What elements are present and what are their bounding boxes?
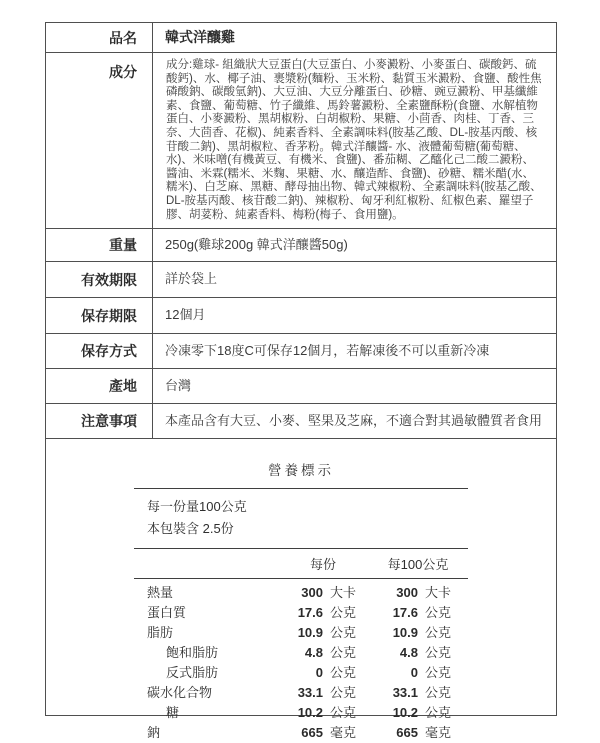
nutrition-row-fat: 脂肪10.9公克10.9公克 [134, 623, 468, 643]
nutrient-per-100g-trans-fat: 0公克 [368, 663, 468, 683]
nutrient-per-serving-unit-fat: 公克 [323, 623, 356, 643]
spec-label-product-name: 品名 [46, 23, 153, 52]
column-header-per-100g: 每100公克 [368, 554, 468, 573]
nutrition-label: 營養標示 每一份量100公克 本包裝含 2.5份 每份 每100公克 熱量300… [46, 439, 556, 743]
nutrition-row-saturated-fat: 飽和脂肪4.8公克4.8公克 [134, 643, 468, 663]
nutrient-per-100g-unit-trans-fat: 公克 [418, 663, 451, 683]
nutrient-per-serving-calories: 300大卡 [278, 583, 368, 603]
nutrient-name-protein: 蛋白質 [134, 603, 278, 623]
nutrient-per-100g-value-fat: 10.9 [368, 623, 418, 643]
spec-row-storage-method: 保存方式冷凍零下18度C可保存12個月，若解凍後不可以重新冷凍 [46, 334, 556, 369]
nutrient-per-100g-sodium: 665毫克 [368, 723, 468, 743]
nutrient-per-serving-sodium: 665毫克 [278, 723, 368, 743]
nutrient-per-serving-unit-calories: 大卡 [323, 583, 356, 603]
nutrient-per-100g-calories: 300大卡 [368, 583, 468, 603]
servings-per-pack: 本包裝含 2.5份 [134, 518, 468, 540]
nutrient-per-100g-unit-calories: 大卡 [418, 583, 451, 603]
nutrition-row-calories: 熱量300大卡300大卡 [134, 583, 468, 603]
nutrient-per-serving-unit-trans-fat: 公克 [323, 663, 356, 683]
spec-row-ingredients: 成分成分:雞球- 組織狀大豆蛋白(大豆蛋白、小麥澱粉、小麥蛋白、碳酸鈣、硫酸鈣)… [46, 53, 556, 229]
nutrient-per-serving-value-sodium: 665 [278, 723, 323, 743]
spec-label-storage-method: 保存方式 [46, 334, 153, 368]
nutrient-name-trans-fat: 反式脂肪 [134, 663, 278, 683]
nutrient-per-100g-sugar: 10.2公克 [368, 703, 468, 723]
product-spec-table: 品名韓式洋釀雞成分成分:雞球- 組織狀大豆蛋白(大豆蛋白、小麥澱粉、小麥蛋白、碳… [46, 23, 556, 439]
nutrient-per-serving-unit-sugar: 公克 [323, 703, 356, 723]
nutrient-name-saturated-fat: 飽和脂肪 [134, 643, 278, 663]
spec-row-expiry-date: 有效期限詳於袋上 [46, 262, 556, 298]
nutrition-rows: 熱量300大卡300大卡蛋白質17.6公克17.6公克脂肪10.9公克10.9公… [134, 579, 468, 743]
serving-info-block: 每一份量100公克 本包裝含 2.5份 [134, 489, 468, 548]
nutrition-label-inner: 營養標示 每一份量100公克 本包裝含 2.5份 每份 每100公克 熱量300… [134, 459, 468, 743]
product-info-panel: 品名韓式洋釀雞成分成分:雞球- 組織狀大豆蛋白(大豆蛋白、小麥澱粉、小麥蛋白、碳… [45, 22, 557, 716]
nutrient-per-100g-value-sugar: 10.2 [368, 703, 418, 723]
nutrient-name-carbohydrate: 碳水化合物 [134, 683, 278, 703]
nutrient-per-serving-saturated-fat: 4.8公克 [278, 643, 368, 663]
nutrient-per-serving-value-saturated-fat: 4.8 [278, 643, 323, 663]
spec-value-origin: 台灣 [153, 369, 556, 403]
nutrient-per-100g-unit-sugar: 公克 [418, 703, 451, 723]
nutrient-per-100g-value-saturated-fat: 4.8 [368, 643, 418, 663]
nutrient-per-serving-fat: 10.9公克 [278, 623, 368, 643]
nutrient-per-100g-unit-carbohydrate: 公克 [418, 683, 451, 703]
nutrient-per-100g-fat: 10.9公克 [368, 623, 468, 643]
spec-value-precautions: 本產品含有大豆、小麥、堅果及芝麻，不適合對其過敏體質者食用 [153, 404, 556, 438]
nutrient-per-serving-sugar: 10.2公克 [278, 703, 368, 723]
serving-size: 每一份量100公克 [134, 496, 468, 518]
nutrient-per-100g-value-trans-fat: 0 [368, 663, 418, 683]
nutrient-per-100g-value-calories: 300 [368, 583, 418, 603]
spec-value-shelf-life: 12個月 [153, 298, 556, 333]
nutrient-per-100g-saturated-fat: 4.8公克 [368, 643, 468, 663]
nutrient-per-serving-value-sugar: 10.2 [278, 703, 323, 723]
nutrient-per-serving-unit-carbohydrate: 公克 [323, 683, 356, 703]
nutrient-per-100g-unit-fat: 公克 [418, 623, 451, 643]
nutrient-per-100g-unit-protein: 公克 [418, 603, 451, 623]
spec-row-shelf-life: 保存期限12個月 [46, 298, 556, 334]
nutrient-per-serving-value-calories: 300 [278, 583, 323, 603]
nutrition-row-carbohydrate: 碳水化合物33.1公克33.1公克 [134, 683, 468, 703]
spec-label-origin: 產地 [46, 369, 153, 403]
nutrient-per-serving-unit-saturated-fat: 公克 [323, 643, 356, 663]
nutrition-row-protein: 蛋白質17.6公克17.6公克 [134, 603, 468, 623]
nutrient-name-sodium: 鈉 [134, 723, 278, 743]
spec-row-origin: 產地台灣 [46, 369, 556, 404]
nutrition-row-sodium: 鈉665毫克665毫克 [134, 723, 468, 743]
nutrient-per-serving-carbohydrate: 33.1公克 [278, 683, 368, 703]
nutrient-per-100g-unit-sodium: 毫克 [418, 723, 451, 743]
spec-row-weight: 重量250g(雞球200g 韓式洋釀醬50g) [46, 229, 556, 262]
nutrient-per-serving-value-trans-fat: 0 [278, 663, 323, 683]
spec-label-precautions: 注意事項 [46, 404, 153, 438]
nutrient-name-calories: 熱量 [134, 583, 278, 603]
spec-value-storage-method: 冷凍零下18度C可保存12個月，若解凍後不可以重新冷凍 [153, 334, 556, 368]
nutrition-row-sugar: 糖10.2公克10.2公克 [134, 703, 468, 723]
nutrient-name-fat: 脂肪 [134, 623, 278, 643]
spec-value-weight: 250g(雞球200g 韓式洋釀醬50g) [153, 229, 556, 261]
column-header-per-serving: 每份 [278, 554, 368, 573]
spec-value-ingredients: 成分:雞球- 組織狀大豆蛋白(大豆蛋白、小麥澱粉、小麥蛋白、碳酸鈣、硫酸鈣)、水… [153, 53, 556, 228]
nutrition-column-headers: 每份 每100公克 [134, 549, 468, 578]
nutrient-per-serving-value-carbohydrate: 33.1 [278, 683, 323, 703]
nutrient-per-100g-protein: 17.6公克 [368, 603, 468, 623]
nutrient-per-serving-trans-fat: 0公克 [278, 663, 368, 683]
spec-label-ingredients: 成分 [46, 53, 153, 228]
nutrient-per-100g-value-sodium: 665 [368, 723, 418, 743]
spec-value-product-name: 韓式洋釀雞 [153, 23, 556, 52]
nutrient-per-serving-unit-protein: 公克 [323, 603, 356, 623]
spec-label-weight: 重量 [46, 229, 153, 261]
nutrient-per-serving-protein: 17.6公克 [278, 603, 368, 623]
nutrition-title: 營養標示 [134, 459, 468, 479]
nutrient-per-100g-unit-saturated-fat: 公克 [418, 643, 451, 663]
nutrient-per-100g-value-carbohydrate: 33.1 [368, 683, 418, 703]
nutrient-per-100g-value-protein: 17.6 [368, 603, 418, 623]
nutrient-per-100g-carbohydrate: 33.1公克 [368, 683, 468, 703]
nutrient-name-sugar: 糖 [134, 703, 278, 723]
nutrient-per-serving-value-fat: 10.9 [278, 623, 323, 643]
nutrient-per-serving-value-protein: 17.6 [278, 603, 323, 623]
spec-row-precautions: 注意事項本產品含有大豆、小麥、堅果及芝麻，不適合對其過敏體質者食用 [46, 404, 556, 439]
spec-row-product-name: 品名韓式洋釀雞 [46, 23, 556, 53]
spec-value-expiry-date: 詳於袋上 [153, 262, 556, 297]
spec-label-expiry-date: 有效期限 [46, 262, 153, 297]
spec-label-shelf-life: 保存期限 [46, 298, 153, 333]
nutrient-per-serving-unit-sodium: 毫克 [323, 723, 356, 743]
nutrition-row-trans-fat: 反式脂肪0公克0公克 [134, 663, 468, 683]
